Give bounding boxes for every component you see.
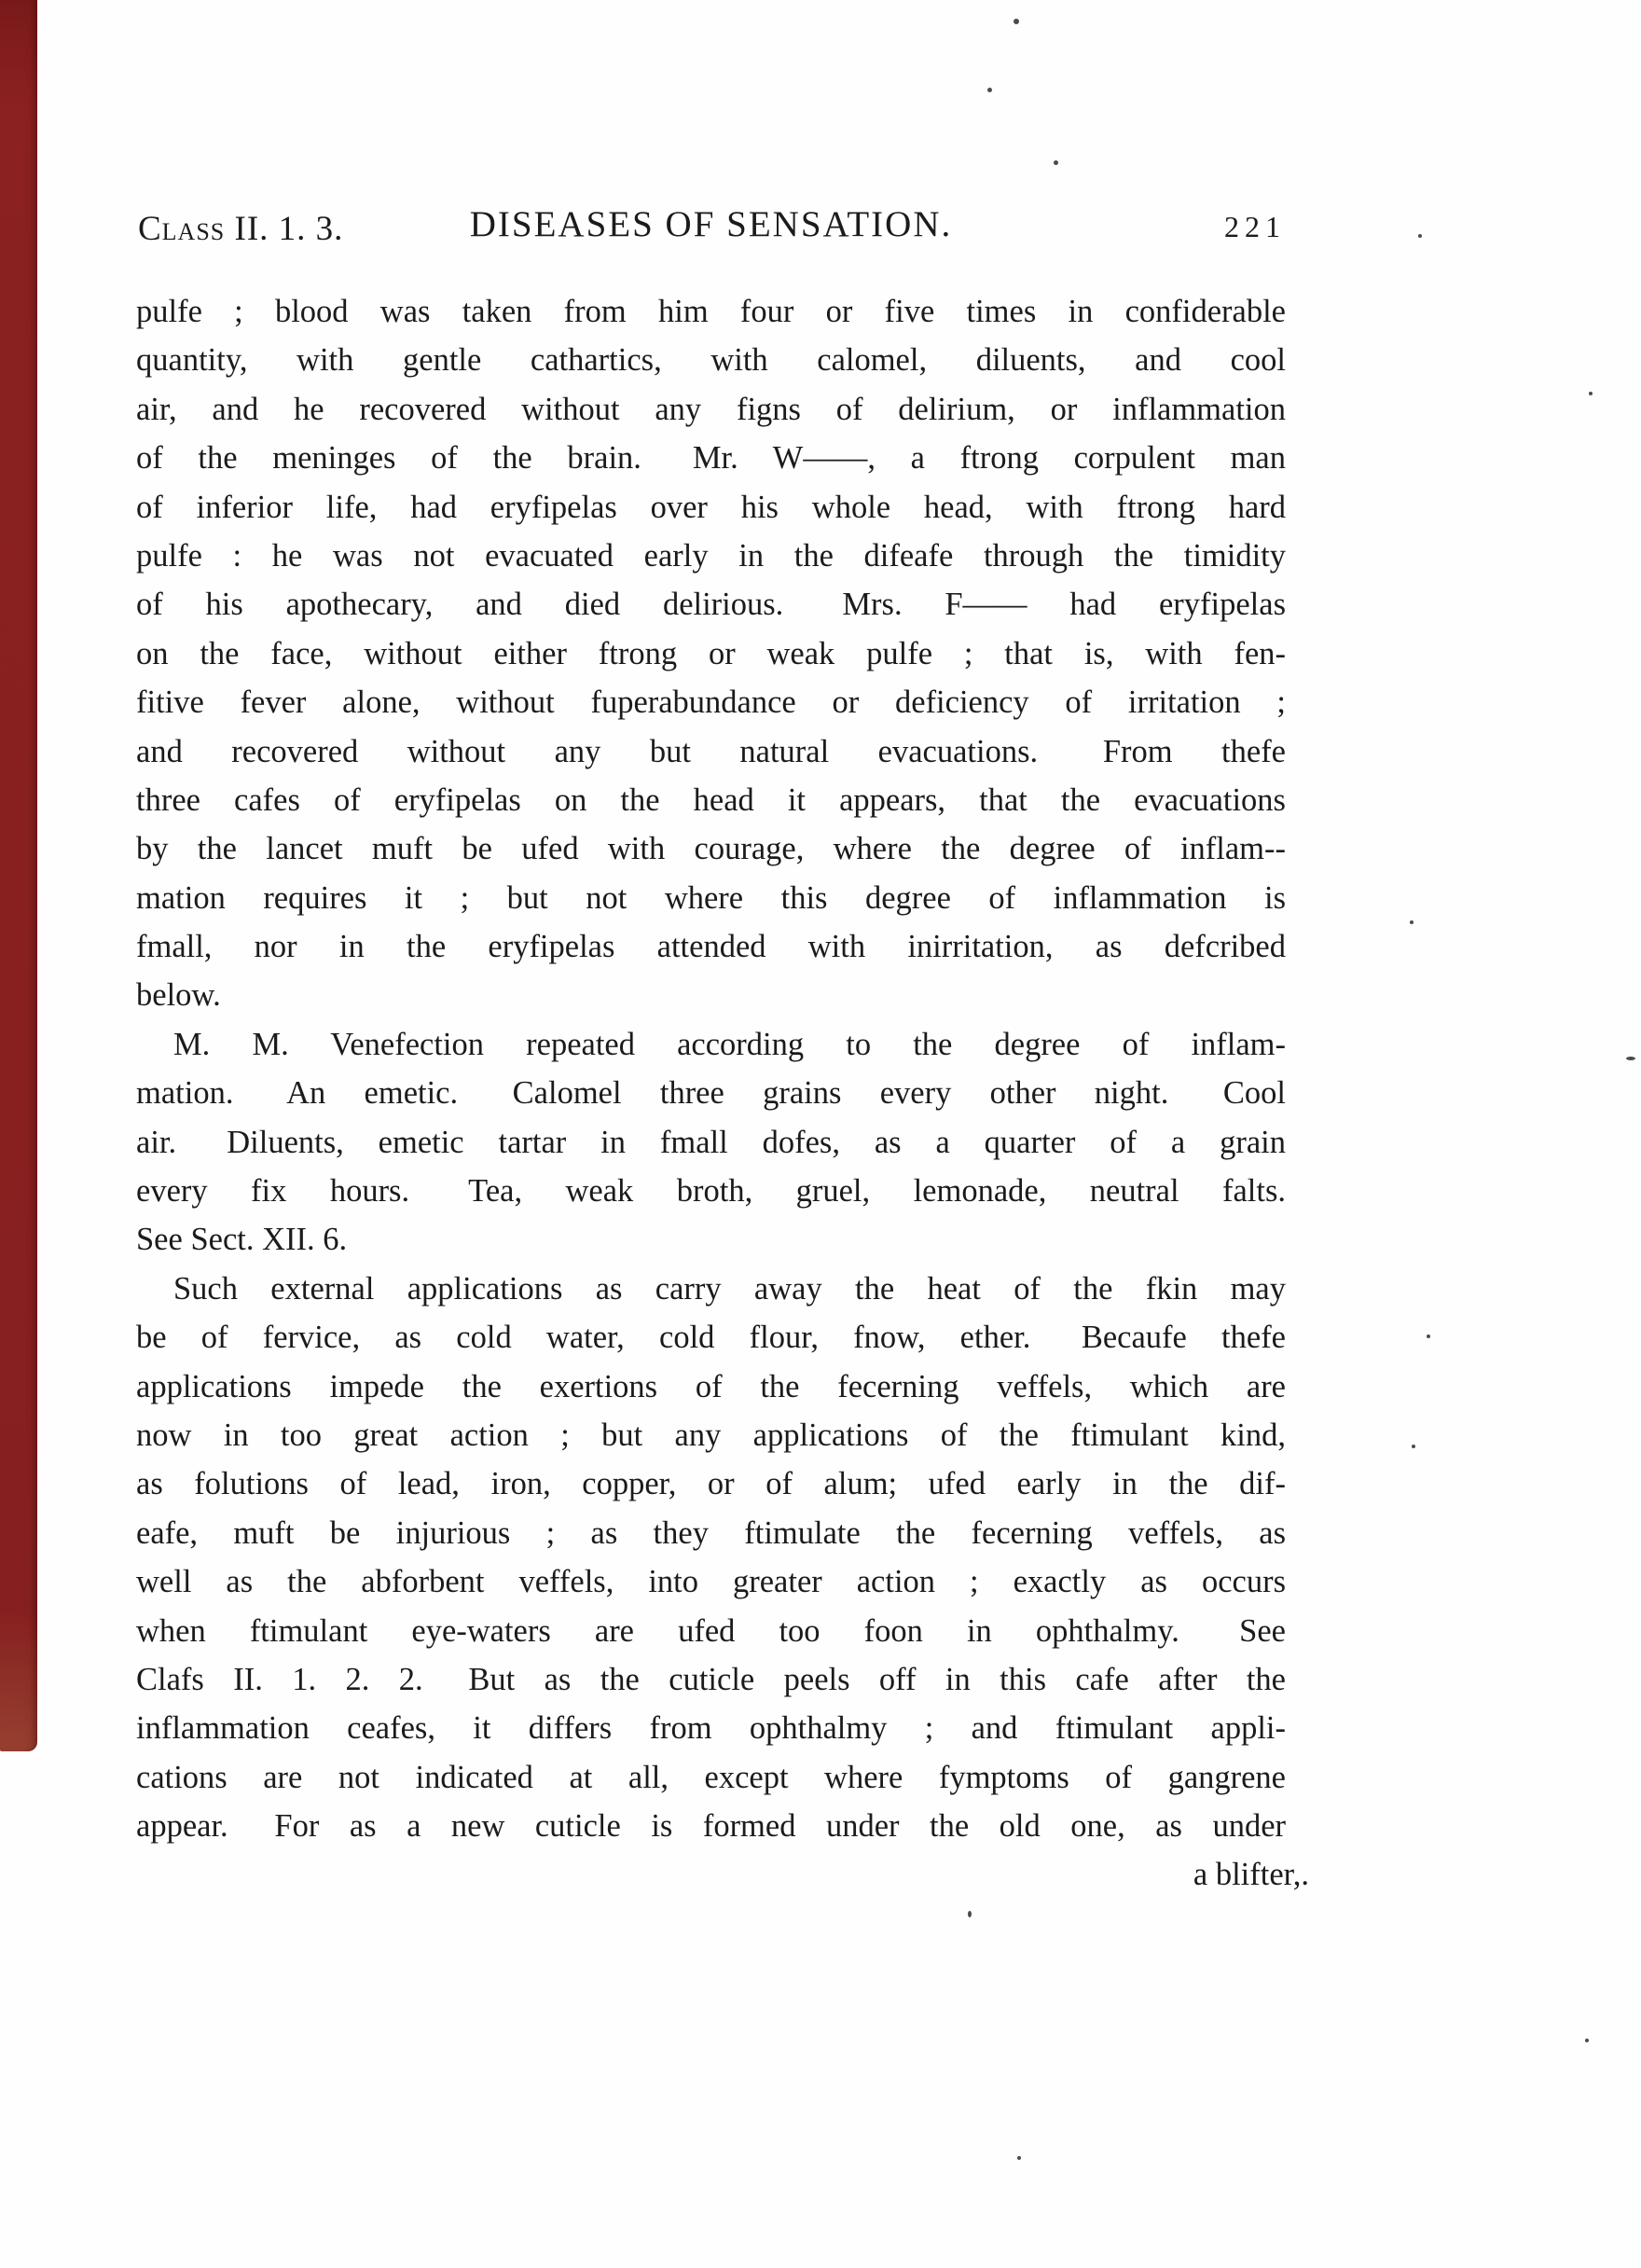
page-header: Class II. 1. 3. DISEASES OF SENSATION. 2… — [136, 203, 1286, 257]
text-line: well as the abforbent veffels, into grea… — [136, 1557, 1286, 1606]
text-line: fitive fever alone, without fuperabundan… — [136, 678, 1286, 726]
text-line: as folutions of lead, iron, copper, or o… — [136, 1459, 1286, 1508]
text-line: and recovered without any but natural ev… — [136, 727, 1286, 776]
ink-speck — [1017, 2156, 1021, 2160]
text-line: mation requires it ; but not where this … — [136, 874, 1286, 922]
text-line: three cafes of eryfipelas on the head it… — [136, 776, 1286, 824]
text-line: be of fervice, as cold water, cold flour… — [136, 1313, 1286, 1362]
text-line: appear. For as a new cuticle is formed u… — [136, 1802, 1286, 1850]
ink-speck — [1589, 392, 1593, 395]
text-line: Clafs II. 1. 2. 2. But as the cuticle pe… — [136, 1655, 1286, 1704]
ink-speck — [1412, 1445, 1415, 1448]
text-line: every fix hours. Tea, weak broth, gruel,… — [136, 1167, 1286, 1215]
text-line: of the meninges of the brain. Mr. W——, a… — [136, 434, 1286, 482]
ink-speck — [1410, 920, 1413, 924]
text-line: Such external applications as carry away… — [136, 1265, 1286, 1313]
ink-speck — [987, 88, 992, 92]
ink-speck — [1585, 2039, 1589, 2042]
text-line: below. — [136, 971, 1286, 1019]
text-line: eafe, muft be injurious ; as they ftimul… — [136, 1509, 1286, 1557]
page-number: 221 — [1224, 210, 1286, 244]
text-line: fmall, nor in the eryfipelas attended wi… — [136, 922, 1286, 971]
text-line: See Sect. XII. 6. — [136, 1215, 1286, 1264]
body-text: pulfe ; blood was taken from him four or… — [136, 287, 1286, 1851]
book-page-scan: Class II. 1. 3. DISEASES OF SENSATION. 2… — [0, 0, 1641, 2268]
ink-speck — [1014, 19, 1019, 24]
text-line: pulfe ; blood was taken from him four or… — [136, 287, 1286, 336]
text-line: of inferior life, had eryfipelas over hi… — [136, 483, 1286, 532]
text-line: mation. An emetic. Calomel three grains … — [136, 1069, 1286, 1117]
catchword: a blifter,. — [136, 1850, 1309, 1899]
running-title: DISEASES OF SENSATION. — [136, 203, 1286, 245]
binding-edge-bar — [0, 0, 37, 1751]
text-line: M. M. Venefection repeated according to … — [136, 1020, 1286, 1069]
text-line: on the face, without either ftrong or we… — [136, 629, 1286, 678]
ink-speck — [1418, 234, 1422, 238]
text-line: applications impede the exertions of the… — [136, 1362, 1286, 1411]
ink-speck — [1626, 1057, 1635, 1060]
text-line: cations are not indicated at all, except… — [136, 1753, 1286, 1802]
ink-speck — [1054, 160, 1058, 165]
ink-speck — [968, 1911, 972, 1917]
text-line: when ftimulant eye-waters are ufed too f… — [136, 1607, 1286, 1655]
ink-speck — [1427, 1335, 1430, 1338]
text-line: air, and he recovered without any figns … — [136, 385, 1286, 434]
text-line: inflammation ceafes, it differs from oph… — [136, 1704, 1286, 1752]
text-line: air. Diluents, emetic tartar in fmall do… — [136, 1118, 1286, 1167]
text-line: of his apothecary, and died delirious. M… — [136, 580, 1286, 629]
text-line: pulfe : he was not evacuated early in th… — [136, 532, 1286, 580]
text-line: now in too great action ; but any applic… — [136, 1411, 1286, 1459]
text-line: quantity, with gentle cathartics, with c… — [136, 336, 1286, 384]
text-line: by the lancet muft be ufed with courage,… — [136, 824, 1286, 873]
